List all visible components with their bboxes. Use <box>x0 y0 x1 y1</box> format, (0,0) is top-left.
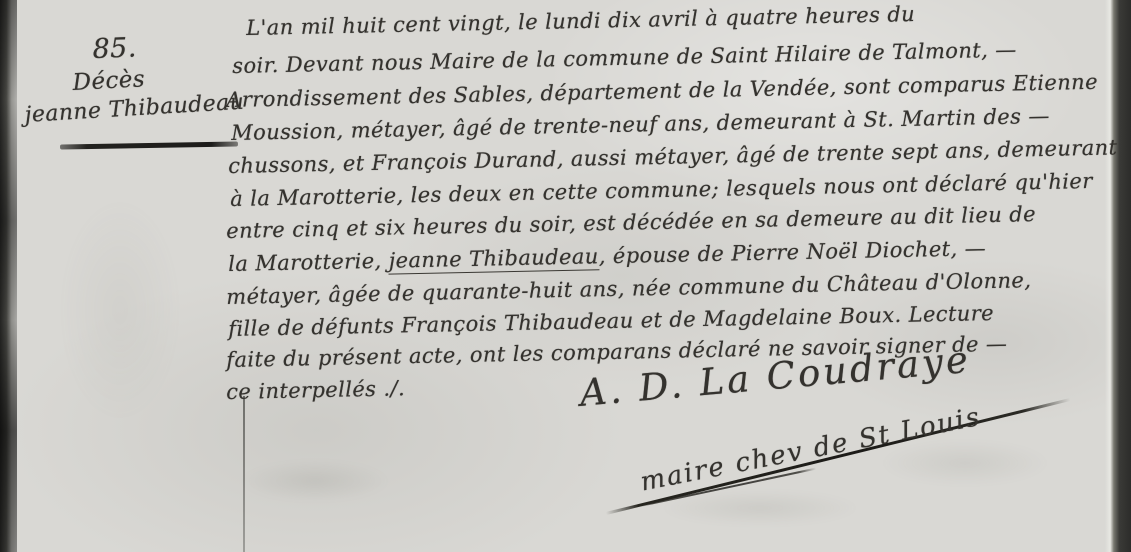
body-line: la Marotterie, jeanne Thibaudeau, épouse… <box>228 236 986 276</box>
margin-act-type: Décès <box>72 66 146 96</box>
bleedthrough-smudge <box>240 460 390 502</box>
bleedthrough-smudge <box>60 200 180 420</box>
margin-underline <box>60 141 238 149</box>
bleedthrough-smudge <box>880 440 1050 486</box>
body-line: L'an mil huit cent vingt, le lundi dix a… <box>246 2 915 40</box>
right-page-edge <box>1105 0 1131 552</box>
deceased-name-underlined: jeanne Thibaudeau <box>388 244 599 274</box>
margin-rule-line <box>243 396 245 552</box>
margin-act-number: 85. <box>92 32 137 65</box>
scanned-death-record-page: 85. Décès jeanne Thibaudeau L'an mil hui… <box>0 0 1131 552</box>
body-line: ce interpellés ./. <box>226 376 405 404</box>
body-line-8-prefix: la Marotterie, <box>228 249 389 276</box>
left-binding-edge <box>0 0 17 552</box>
margin-act-name: jeanne Thibaudeau <box>24 90 245 128</box>
body-line-8-suffix: , épouse de Pierre Noël Diochet, — <box>598 236 986 268</box>
body-line: soir. Devant nous Maire de la commune de… <box>232 38 1017 78</box>
